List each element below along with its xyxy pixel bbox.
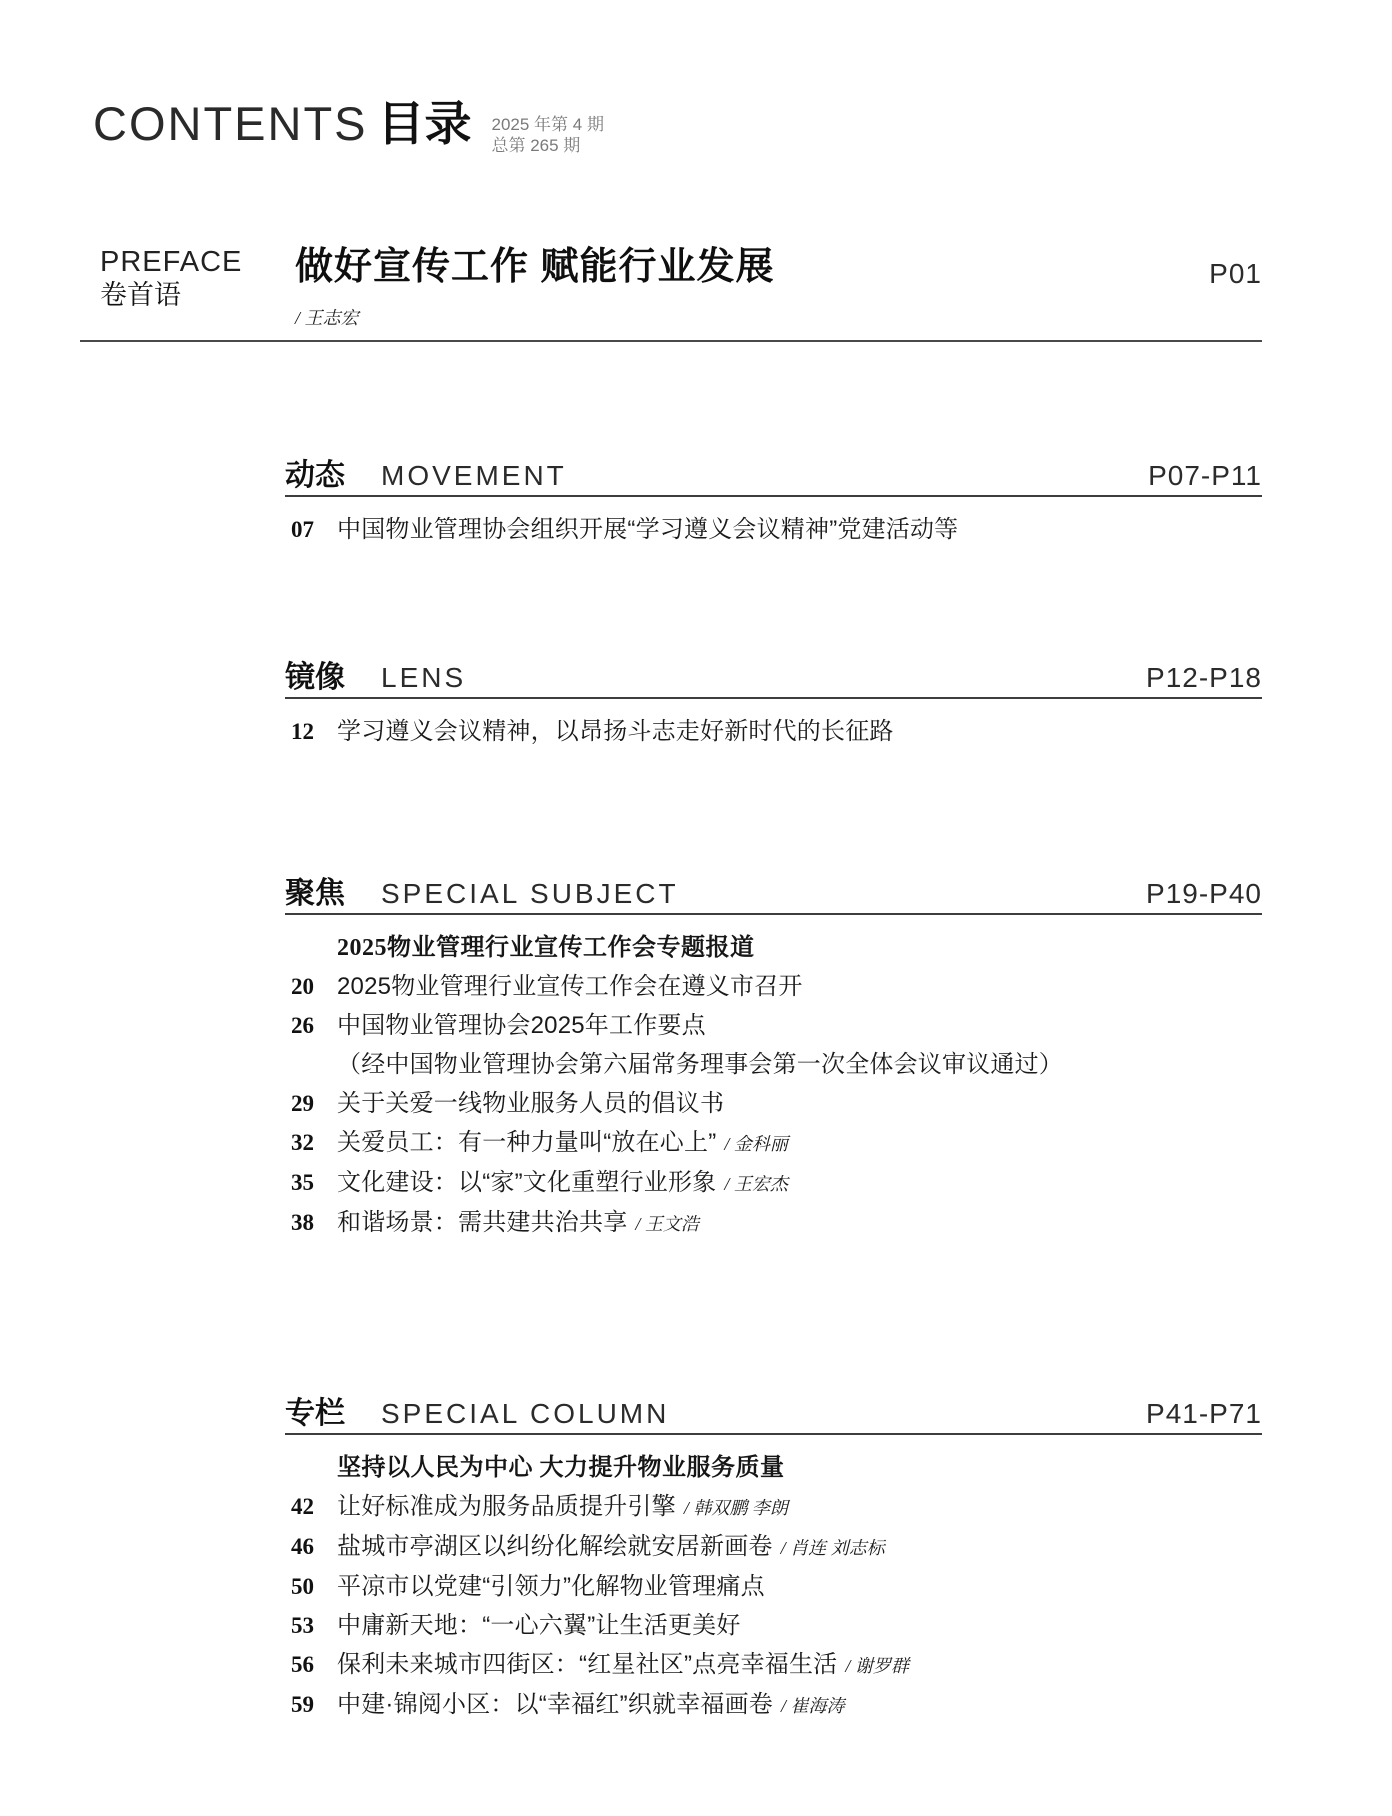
section-items: 42 让好标准成为服务品质提升引擎 / 韩双鹏 李朗 46 盐城市亭湖区以纠纷化…	[285, 1494, 1262, 1719]
entry-title: 中国物业管理协会2025年工作要点	[337, 1013, 706, 1039]
section-page-range: P12-P18	[1146, 662, 1262, 694]
entry-author: / 谢罗群	[845, 1653, 909, 1679]
section-divider	[285, 913, 1262, 915]
preface-section: PREFACE 卷首语 做好宣传工作 赋能行业发展 / 王志宏 P01	[100, 246, 1262, 330]
entry-author: / 肖连 刘志标	[781, 1535, 885, 1561]
section-lens: 镜像 LENS P12-P18 12 学习遵义会议精神，以昂扬斗志走好新时代的长…	[285, 652, 1262, 758]
masthead: CONTENTS 目录 2025 年第 4 期 总第 265 期	[93, 98, 604, 156]
entry-title: 关爱员工：有一种力量叫“放在心上”	[337, 1130, 716, 1156]
section-special-subject: 聚焦 SPECIAL SUBJECT P19-P40 2025物业管理行业宣传工…	[285, 868, 1262, 1250]
entry-title: 文化建设：以“家”文化重塑行业形象	[337, 1170, 716, 1196]
section-special-column: 专栏 SPECIAL COLUMN P41-P71 坚持以人民为中心 大力提升物…	[285, 1388, 1262, 1732]
section-divider	[285, 1433, 1262, 1435]
entry-title: 平凉市以党建“引领力”化解物业管理痛点	[337, 1574, 765, 1600]
entry-title: 中庸新天地：“一心六翼”让生活更美好	[337, 1613, 741, 1639]
preface-label-en: PREFACE	[100, 246, 295, 278]
entry-title: 保利未来城市四街区：“红星社区”点亮幸福生活	[337, 1652, 837, 1678]
section-subtitle: 坚持以人民为中心 大力提升物业服务质量	[337, 1455, 1262, 1481]
entry-title: 学习遵义会议精神，以昂扬斗志走好新时代的长征路	[337, 719, 894, 745]
section-title-cn: 动态	[285, 450, 345, 494]
section-page-range: P07-P11	[1148, 460, 1262, 492]
section-items: 07 中国物业管理协会组织开展“学习遵义会议精神”党建活动等	[285, 517, 1262, 543]
preface-divider	[80, 340, 1262, 342]
section-page-range: P19-P40	[1146, 878, 1262, 910]
preface-entry: 做好宣传工作 赋能行业发展 / 王志宏	[295, 246, 1209, 330]
entry-page-number: 35	[285, 1170, 337, 1196]
entry-page-number: 38	[285, 1210, 337, 1236]
entry-page-number: 53	[285, 1613, 337, 1639]
section-movement: 动态 MOVEMENT P07-P11 07 中国物业管理协会组织开展“学习遵义…	[285, 450, 1262, 556]
section-divider	[285, 697, 1262, 699]
section-divider	[285, 495, 1262, 497]
toc-entry: 38 和谐场景：需共建共治共享 / 王文浩	[285, 1210, 1262, 1237]
entry-page-number: 46	[285, 1534, 337, 1560]
entry-title: 2025物业管理行业宣传工作会在遵义市召开	[337, 974, 803, 1000]
section-subtitle: 2025物业管理行业宣传工作会专题报道	[337, 935, 1262, 961]
entry-title: 让好标准成为服务品质提升引擎	[337, 1494, 676, 1520]
entry-page-number: 42	[285, 1494, 337, 1520]
toc-entry: 50 平凉市以党建“引领力”化解物业管理痛点	[285, 1574, 1262, 1600]
entry-title: 和谐场景：需共建共治共享	[337, 1210, 627, 1236]
entry-page-number: 59	[285, 1692, 337, 1718]
preface-title: 做好宣传工作 赋能行业发展	[295, 246, 1209, 288]
entry-title: 关于关爱一线物业服务人员的倡议书	[337, 1091, 724, 1117]
section-title-en: MOVEMENT	[381, 460, 567, 492]
toc-entry: 26 中国物业管理协会2025年工作要点	[285, 1013, 1262, 1039]
contents-title-en: CONTENTS	[93, 98, 368, 150]
preface-author: / 王志宏	[295, 304, 1209, 330]
entry-author: / 王宏杰	[724, 1171, 788, 1197]
section-title-en: SPECIAL COLUMN	[381, 1398, 669, 1430]
toc-entry: 20 2025物业管理行业宣传工作会在遵义市召开	[285, 974, 1262, 1000]
toc-entry: 42 让好标准成为服务品质提升引擎 / 韩双鹏 李朗	[285, 1494, 1262, 1521]
section-title-cn: 专栏	[285, 1388, 345, 1432]
section-header: 聚焦 SPECIAL SUBJECT P19-P40	[285, 868, 1262, 902]
contents-title-cn: 目录	[378, 98, 472, 150]
preface-page-number: P01	[1209, 258, 1262, 330]
entry-page-number: 56	[285, 1652, 337, 1678]
toc-entry: 53 中庸新天地：“一心六翼”让生活更美好	[285, 1613, 1262, 1639]
section-header: 动态 MOVEMENT P07-P11	[285, 450, 1262, 484]
section-title-en: SPECIAL SUBJECT	[381, 878, 679, 910]
entry-page-number: 29	[285, 1091, 337, 1117]
issue-number: 2025 年第 4 期	[492, 114, 604, 135]
section-header: 镜像 LENS P12-P18	[285, 652, 1262, 686]
section-items: 20 2025物业管理行业宣传工作会在遵义市召开 26 中国物业管理协会2025…	[285, 974, 1262, 1237]
entry-note: （经中国物业管理协会第六届常务理事会第一次全体会议审议通过）	[337, 1052, 1063, 1078]
section-title-cn: 镜像	[285, 652, 345, 696]
entry-page-number: 50	[285, 1574, 337, 1600]
toc-entry: 46 盐城市亭湖区以纠纷化解绘就安居新画卷 / 肖连 刘志标	[285, 1534, 1262, 1561]
toc-entry-note: （经中国物业管理协会第六届常务理事会第一次全体会议审议通过）	[285, 1052, 1262, 1078]
entry-title: 盐城市亭湖区以纠纷化解绘就安居新画卷	[337, 1534, 773, 1560]
preface-label: PREFACE 卷首语	[100, 246, 295, 330]
toc-entry: 29 关于关爱一线物业服务人员的倡议书	[285, 1091, 1262, 1117]
toc-entry: 32 关爱员工：有一种力量叫“放在心上” / 金科丽	[285, 1130, 1262, 1157]
entry-author: / 金科丽	[724, 1131, 788, 1157]
entry-page-number: 12	[285, 719, 337, 745]
issue-total: 总第 265 期	[492, 135, 604, 156]
preface-label-cn: 卷首语	[100, 280, 295, 310]
section-title-en: LENS	[381, 662, 466, 694]
entry-title: 中国物业管理协会组织开展“学习遵义会议精神”党建活动等	[337, 517, 958, 543]
toc-entry: 12 学习遵义会议精神，以昂扬斗志走好新时代的长征路	[285, 719, 1262, 745]
entry-page-number: 26	[285, 1013, 337, 1039]
section-items: 12 学习遵义会议精神，以昂扬斗志走好新时代的长征路	[285, 719, 1262, 745]
section-title-cn: 聚焦	[285, 868, 345, 912]
toc-entry: 59 中建·锦阅小区：以“幸福红”织就幸福画卷 / 崔海涛	[285, 1692, 1262, 1719]
toc-entry: 07 中国物业管理协会组织开展“学习遵义会议精神”党建活动等	[285, 517, 1262, 543]
toc-page: CONTENTS 目录 2025 年第 4 期 总第 265 期 PREFACE…	[0, 0, 1392, 1816]
section-page-range: P41-P71	[1146, 1398, 1262, 1430]
entry-title: 中建·锦阅小区：以“幸福红”织就幸福画卷	[337, 1692, 773, 1718]
toc-entry: 35 文化建设：以“家”文化重塑行业形象 / 王宏杰	[285, 1170, 1262, 1197]
issue-info: 2025 年第 4 期 总第 265 期	[492, 114, 604, 156]
entry-page-number: 20	[285, 974, 337, 1000]
section-header: 专栏 SPECIAL COLUMN P41-P71	[285, 1388, 1262, 1422]
entry-author: / 韩双鹏 李朗	[684, 1495, 788, 1521]
entry-author: / 王文浩	[635, 1211, 699, 1237]
toc-entry: 56 保利未来城市四街区：“红星社区”点亮幸福生活 / 谢罗群	[285, 1652, 1262, 1679]
entry-author: / 崔海涛	[781, 1693, 845, 1719]
entry-page-number: 32	[285, 1130, 337, 1156]
entry-page-number: 07	[285, 517, 337, 543]
